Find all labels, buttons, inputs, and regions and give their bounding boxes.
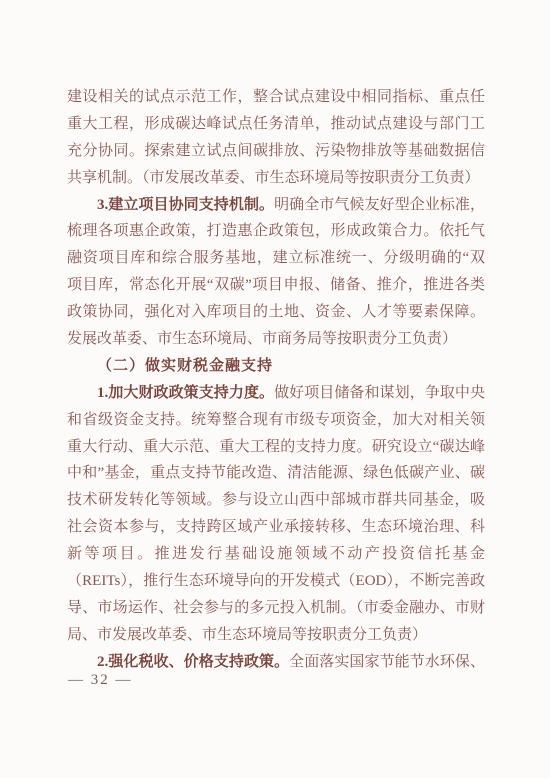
document-body: 建设相关的试点示范工作，整合试点建设中相同指标、重点任务和重大工程，形成碳达峰试… <box>67 84 485 676</box>
text-run: 社会资本参与，支持跨区域产业承接转移、生态环境治理、科技创 <box>67 519 485 541</box>
text-line: 和省级资金支持。统筹整合现有市级专项资金，加大对相关领域 <box>67 407 485 434</box>
text-line: 中和”基金，重点支持节能改造、清洁能源、绿色低碳产业、碳减排 <box>67 460 485 487</box>
bold-run: 3.建立项目协同支持机制。 <box>97 197 274 213</box>
text-line: 1.加大财政政策支持力度。做好项目储备和谋划，争取中央 <box>67 380 485 407</box>
text-run: 导、市场运作、社会参与的多元投入机制。（市委金融办、市财政 <box>67 600 485 622</box>
bold-run: （二）做实财税金融支持 <box>97 358 273 374</box>
text-line: 项目库，常态化开展“双碳”项目申报、储备、推介，推进各类试点 <box>67 272 485 299</box>
text-run: 融资项目库和综合服务基地，建立标准统一、分级明确的“双碳” <box>67 250 485 272</box>
section-heading: （二）做实财税金融支持 <box>67 353 485 380</box>
page-number: — 32 — <box>68 668 133 692</box>
text-run: 明确全市气候友好型企业标准， <box>274 197 485 213</box>
text-run: 重大工程，形成碳达峰试点任务清单，推动试点建设与部门工作的 <box>67 116 485 138</box>
text-line: 融资项目库和综合服务基地，建立标准统一、分级明确的“双碳” <box>67 245 485 272</box>
text-line: 共享机制。（市发展改革委、市生态环境局等按职责分工负责） <box>67 165 485 192</box>
text-line: 重大工程，形成碳达峰试点任务清单，推动试点建设与部门工作的 <box>67 111 485 138</box>
text-run: 梳理各项惠企政策，打造惠企政策包，形成政策合力。依托气候投 <box>67 223 485 245</box>
text-line: 新等项目。推进发行基础设施领域不动产投资信托基金 <box>67 541 485 568</box>
text-line: （REITs），推行生态环境导向的开发模式（EOD），不断完善政府引 <box>67 568 485 595</box>
document-page: 建设相关的试点示范工作，整合试点建设中相同指标、重点任务和重大工程，形成碳达峰试… <box>0 0 550 778</box>
text-run: 项目库，常态化开展“双碳”项目申报、储备、推介，推进各类试点 <box>67 277 485 299</box>
text-line: 社会资本参与，支持跨区域产业承接转移、生态环境治理、科技创 <box>67 514 485 541</box>
text-run: 政策协同，强化对入库项目的土地、资金、人才等要素保障。（市 <box>67 304 485 326</box>
text-line: 建设相关的试点示范工作，整合试点建设中相同指标、重点任务和 <box>67 84 485 111</box>
text-line: 政策协同，强化对入库项目的土地、资金、人才等要素保障。（市 <box>67 299 485 326</box>
text-run: 建设相关的试点示范工作，整合试点建设中相同指标、重点任务和 <box>67 89 485 111</box>
text-run: 发展改革委、市生态环境局、市商务局等按职责分工负责） <box>67 331 457 347</box>
text-line: 局、市发展改革委、市生态环境局等按职责分工负责） <box>67 622 485 649</box>
text-run: 做好项目储备和谋划，争取中央 <box>274 385 485 401</box>
text-line: 3.建立项目协同支持机制。明确全市气候友好型企业标准， <box>67 192 485 219</box>
bold-run: 1.加大财政政策支持力度。 <box>97 385 274 401</box>
text-line: 发展改革委、市生态环境局、市商务局等按职责分工负责） <box>67 326 485 353</box>
text-run: 共享机制。（市发展改革委、市生态环境局等按职责分工负责） <box>67 170 480 186</box>
text-line: 技术研发转化等领域。参与设立山西中部城市群共同基金，吸引 <box>67 487 485 514</box>
text-line: 充分协同。探索建立试点间碳排放、污染物排放等基础数据信息 <box>67 138 485 165</box>
text-run: （REITs），推行生态环境导向的开发模式（EOD），不断完善政府引 <box>67 573 485 595</box>
text-run: 技术研发转化等领域。参与设立山西中部城市群共同基金，吸引 <box>67 492 485 514</box>
text-run: 和省级资金支持。统筹整合现有市级专项资金，加大对相关领域 <box>67 412 485 434</box>
text-run: 重大行动、重大示范、重大工程的支持力度。研究设立“碳达峰碳 <box>67 439 485 461</box>
text-line: 梳理各项惠企政策，打造惠企政策包，形成政策合力。依托气候投 <box>67 218 485 245</box>
text-run: 局、市发展改革委、市生态环境局等按职责分工负责） <box>67 627 427 643</box>
text-line: 导、市场运作、社会参与的多元投入机制。（市委金融办、市财政 <box>67 595 485 622</box>
text-run: 新等项目。推进发行基础设施领域不动产投资信托基金 <box>67 546 485 562</box>
text-line: 重大行动、重大示范、重大工程的支持力度。研究设立“碳达峰碳 <box>67 434 485 461</box>
text-run: 中和”基金，重点支持节能改造、清洁能源、绿色低碳产业、碳减排 <box>67 465 485 487</box>
text-run: 充分协同。探索建立试点间碳排放、污染物排放等基础数据信息 <box>67 143 485 165</box>
